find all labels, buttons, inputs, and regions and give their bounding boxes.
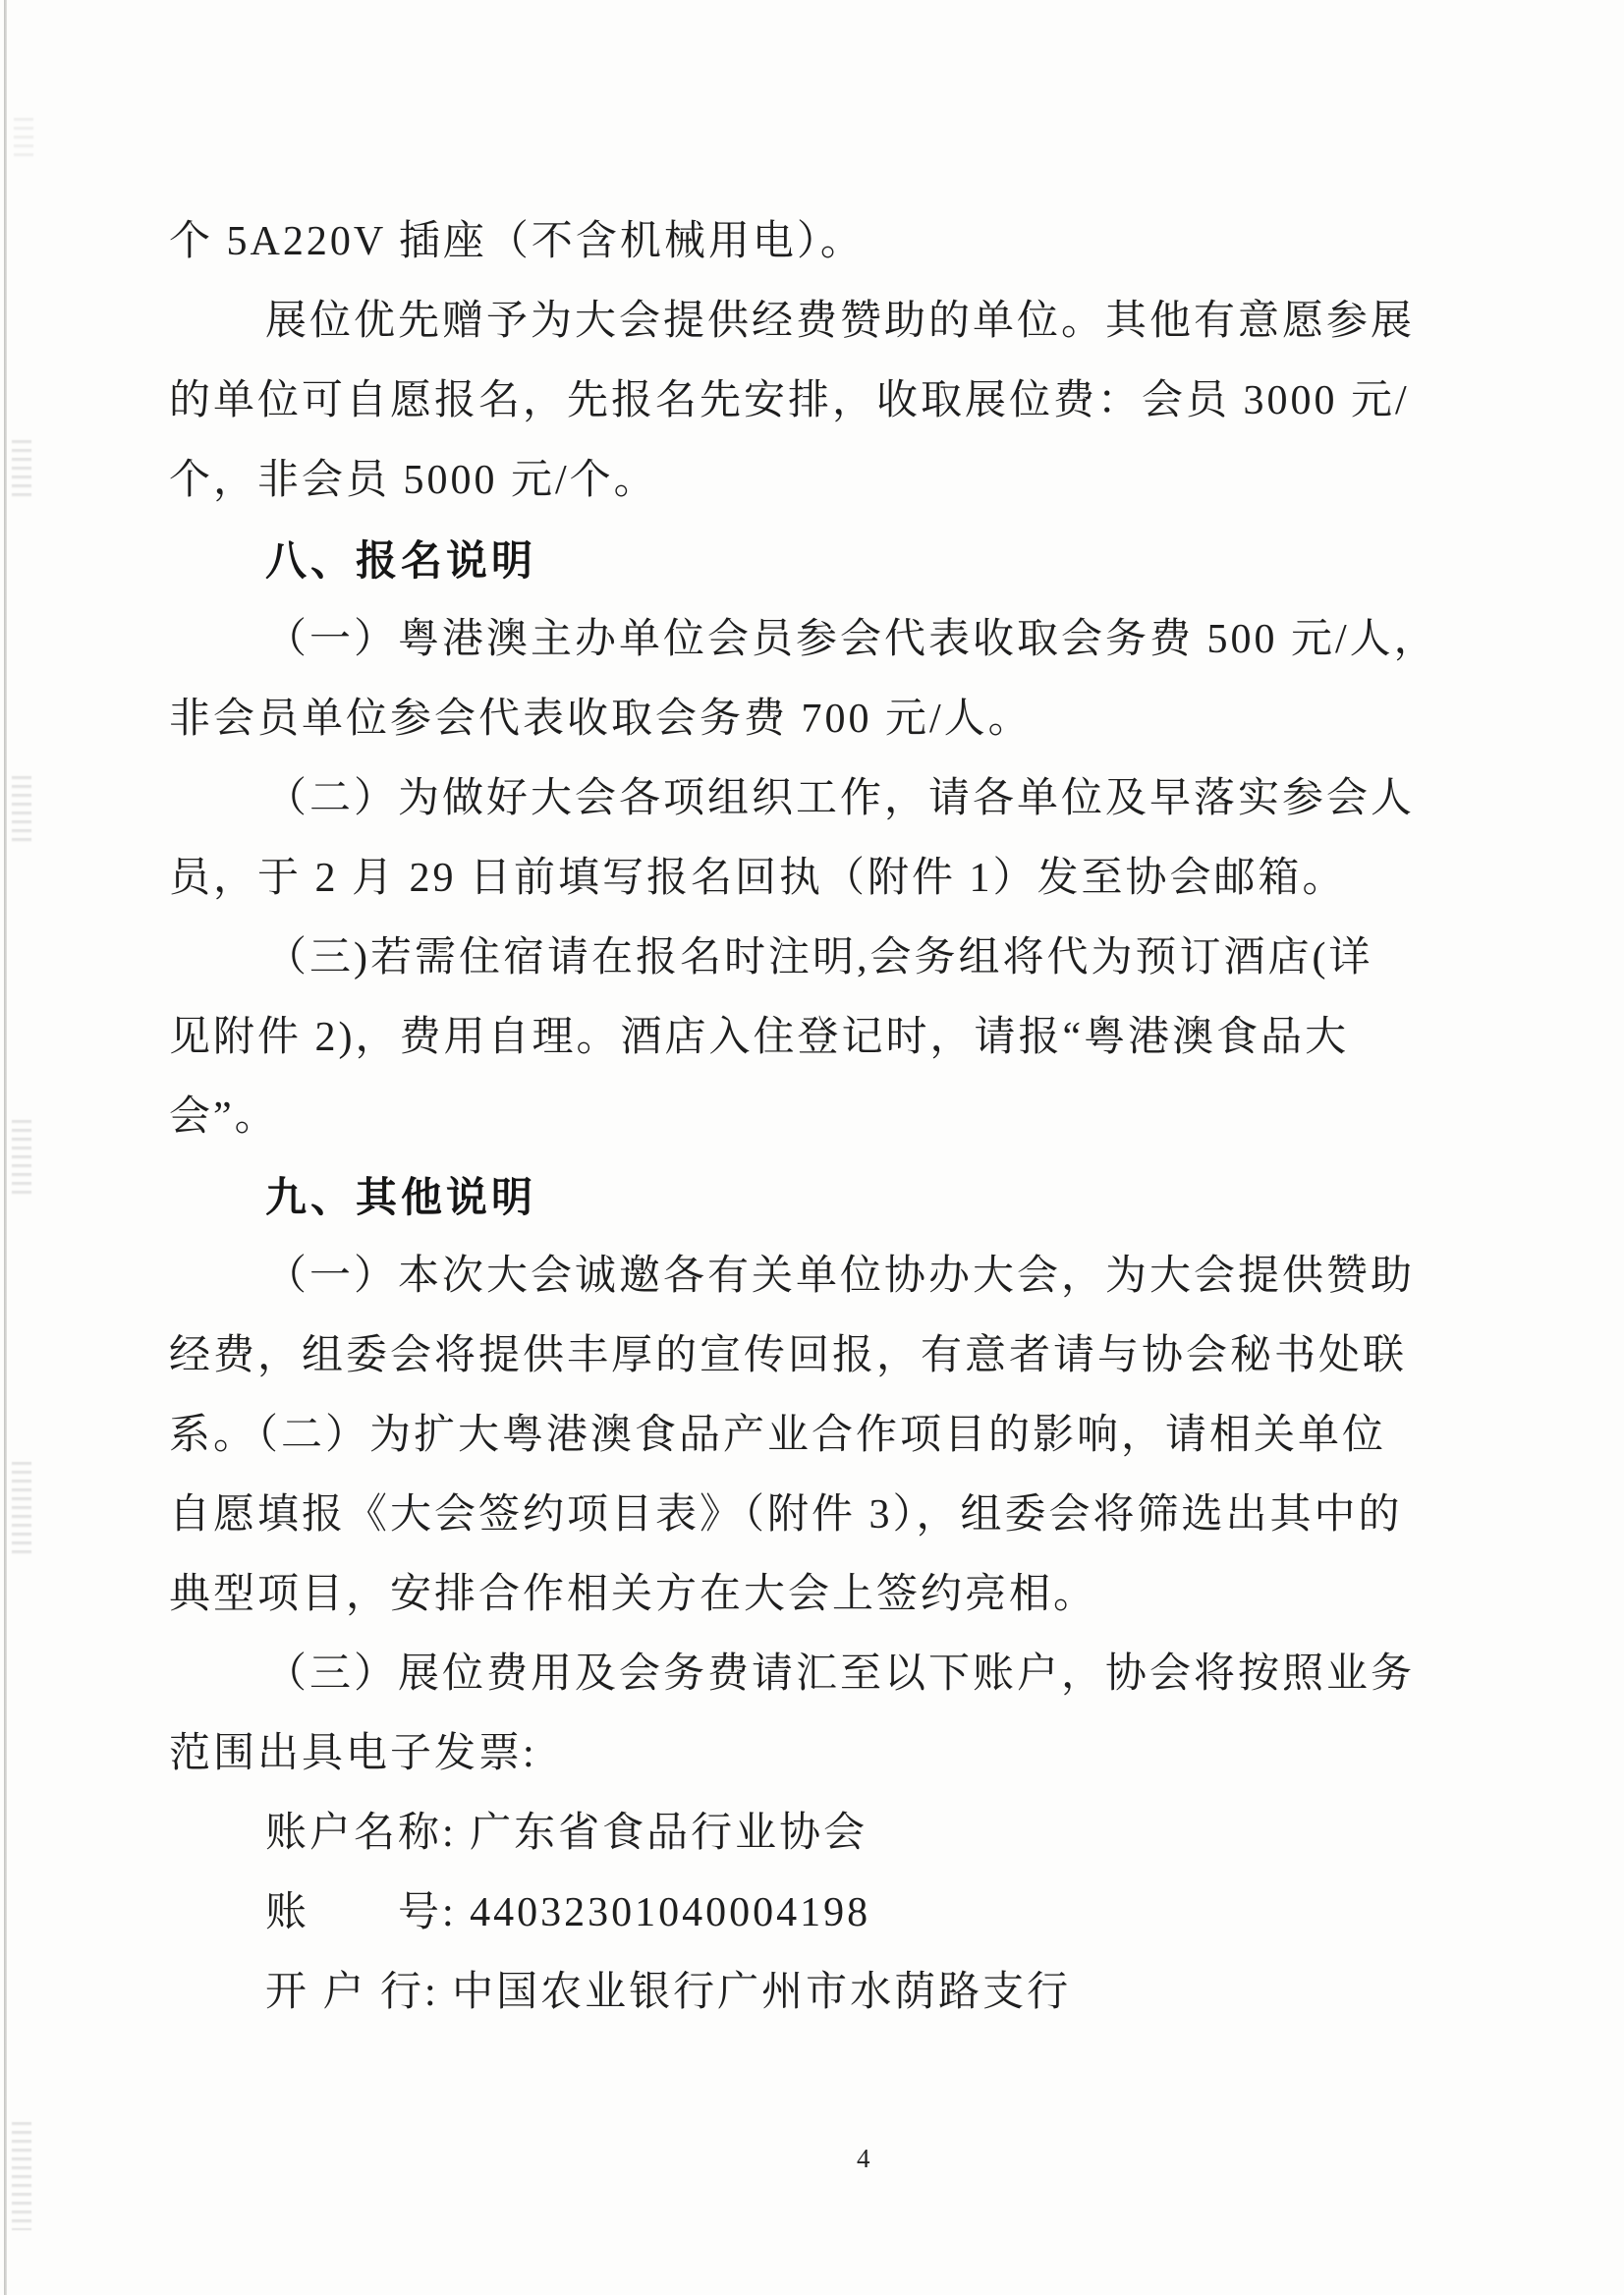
text-line: 个 5A220V 插座（不含机械用电）。 — [169, 202, 1476, 282]
section-heading: 八、报名说明 — [169, 521, 1476, 600]
text-line: （三）展位费用及会务费请汇至以下账户，协会将按照业务 — [169, 1635, 1476, 1714]
text-line: 的单位可自愿报名，先报名先安排，收取展位费：会员 3000 元/ — [169, 362, 1476, 441]
scan-artifact — [14, 118, 33, 157]
scan-artifact — [12, 776, 31, 845]
scan-edge-shadow — [4, 0, 7, 2295]
text-line: （一）粤港澳主办单位会员参会代表收取会务费 500 元/人， — [169, 600, 1476, 680]
text-line: （一）本次大会诚邀各有关单位协办大会，为大会提供赞助 — [169, 1237, 1476, 1316]
text-line: 员，于 2 月 29 日前填写报名回执（附件 1）发至协会邮箱。 — [169, 839, 1476, 919]
text-line: 会”。 — [169, 1078, 1476, 1157]
text-line: 个，非会员 5000 元/个。 — [169, 441, 1476, 521]
text-line: 自愿填报《大会签约项目表》（附件 3），组委会将筛选出其中的 — [169, 1476, 1476, 1555]
text-line: （二）为做好大会各项组织工作，请各单位及早落实参会人 — [169, 759, 1476, 839]
scan-artifact — [12, 1462, 31, 1555]
text-line: 系。（二）为扩大粤港澳食品产业合作项目的影响，请相关单位 — [169, 1396, 1476, 1476]
text-line: 范围出具电子发票: — [169, 1714, 1476, 1794]
page-number: 4 — [857, 2142, 870, 2175]
scan-artifact — [12, 1120, 31, 1199]
text-line: 开 户 行: 中国农业银行广州市水荫路支行 — [169, 1953, 1476, 2033]
document-body: 个 5A220V 插座（不含机械用电）。展位优先赠予为大会提供经费赞助的单位。其… — [169, 202, 1476, 2033]
text-line: 见附件 2)，费用自理。酒店入住登记时，请报“粤港澳食品大 — [169, 998, 1476, 1078]
text-line: 经费，组委会将提供丰厚的宣传回报，有意者请与协会秘书处联 — [169, 1316, 1476, 1396]
text-line: 账 号: 44032301040004198 — [169, 1874, 1476, 1953]
text-line: 典型项目，安排合作相关方在大会上签约亮相。 — [169, 1555, 1476, 1635]
text-line: 非会员单位参会代表收取会务费 700 元/人。 — [169, 680, 1476, 759]
section-heading: 九、其他说明 — [169, 1157, 1476, 1237]
scan-artifact — [12, 440, 31, 499]
document-page: 个 5A220V 插座（不含机械用电）。展位优先赠予为大会提供经费赞助的单位。其… — [0, 0, 1624, 2295]
text-line: （三)若需住宿请在报名时注明,会务组将代为预订酒店(详 — [169, 919, 1476, 998]
text-line: 账户名称: 广东省食品行业协会 — [169, 1794, 1476, 1874]
scan-artifact — [12, 2122, 31, 2230]
text-line: 展位优先赠予为大会提供经费赞助的单位。其他有意愿参展 — [169, 282, 1476, 362]
